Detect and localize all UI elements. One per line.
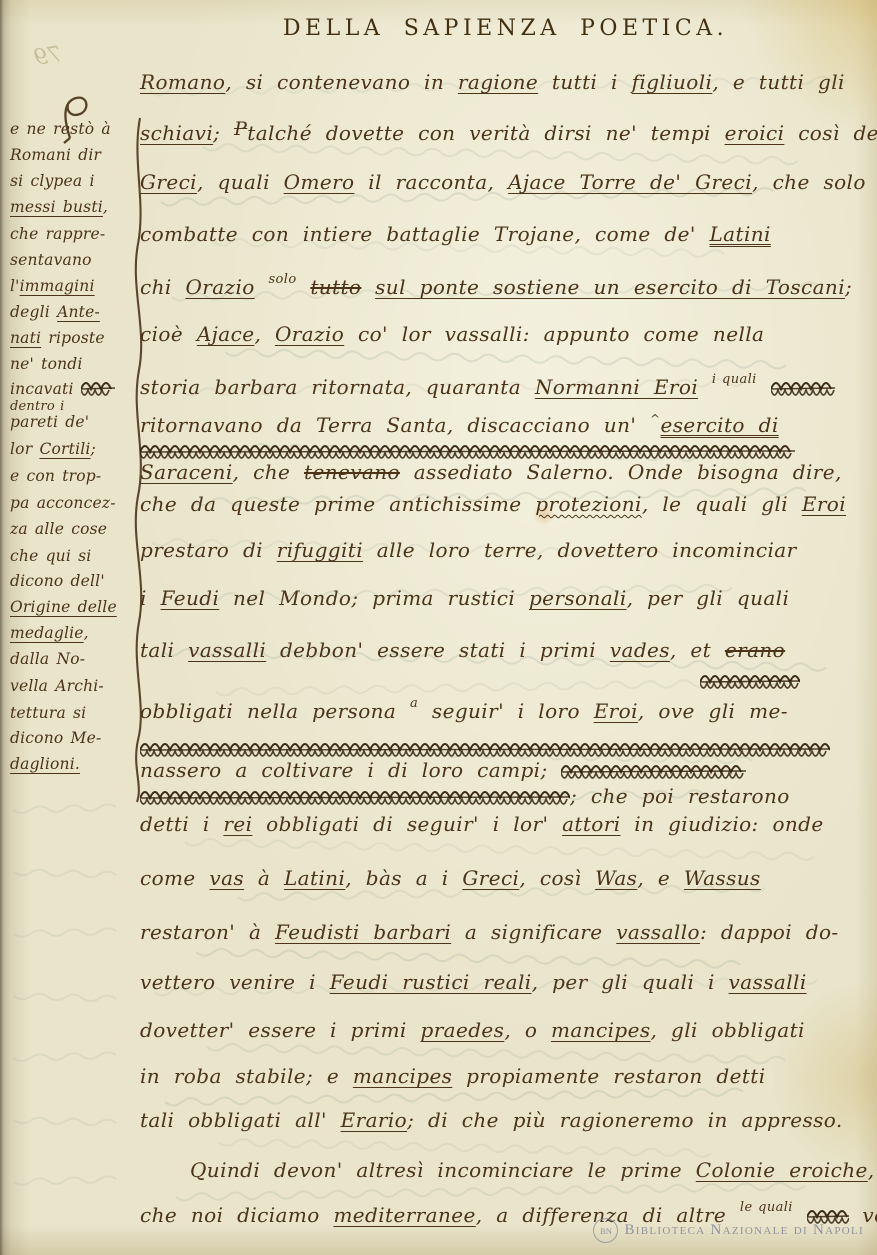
- text-segment: in giudizio: onde: [621, 812, 824, 836]
- text-segment: ; di che più ragioneremo in appresso.: [407, 1108, 843, 1132]
- text-segment: obbligati di seguir' i lor': [252, 812, 562, 836]
- text-segment: debbon' essere stati i primi: [266, 638, 610, 662]
- text-segment: Orazio: [185, 275, 254, 299]
- manuscript-line: tali obbligati all' Erario; di che più r…: [140, 1108, 843, 1132]
- manuscript-line: vettero venire i Feudi rustici reali, pe…: [140, 970, 807, 994]
- text-segment: [297, 275, 311, 299]
- manuscript-line: restaron' à Feudisti barbari a significa…: [140, 920, 839, 944]
- text-segment: così de': [784, 121, 877, 145]
- text-segment: ragione: [458, 70, 538, 94]
- text-segment: Saraceni: [140, 460, 233, 484]
- text-segment: , ove gli me-: [638, 699, 788, 723]
- text-segment: personali: [529, 586, 627, 610]
- text-segment: cioè: [140, 322, 197, 346]
- text-segment: ;: [213, 121, 234, 145]
- text-segment: erano: [725, 638, 785, 662]
- manuscript-line: Saraceni, che tenevano assediato Salerno…: [140, 460, 842, 484]
- text-segment: Feudi: [161, 586, 220, 610]
- text-segment: Greci: [140, 170, 197, 194]
- text-segment: Omero: [284, 170, 355, 194]
- text-segment: obbligati nella persona: [140, 699, 410, 723]
- text-segment: tenevano: [304, 460, 400, 484]
- cancelled-text-scribble: [140, 789, 570, 805]
- text-segment: , per gli quali i: [532, 970, 729, 994]
- text-segment: storia barbara ritornata, quaranta: [140, 375, 535, 399]
- manuscript-line: tali vassalli debbon' essere stati i pri…: [140, 638, 785, 662]
- text-segment: , così: [519, 866, 595, 890]
- manuscript-line: schiavi; Ptalché dovette con verità dirs…: [140, 118, 877, 145]
- text-segment: i quali: [712, 372, 757, 387]
- text-segment: , per gli quali: [627, 586, 790, 610]
- text-segment: Ajace Torre de' Greci: [508, 170, 752, 194]
- manuscript-line: Quindi devon' altresì incominciare le pr…: [190, 1158, 875, 1182]
- manuscript-line: i Feudi nel Mondo; prima rustici persona…: [140, 586, 789, 610]
- text-segment: Normanni Eroi: [535, 375, 698, 399]
- manuscript-line: ; che poi restarono: [140, 784, 790, 808]
- text-segment: vades: [610, 638, 670, 662]
- text-segment: come: [140, 866, 209, 890]
- main-text: Romano, si contenevano in ragione tutti …: [0, 0, 877, 1255]
- text-segment: detti i: [140, 812, 223, 836]
- text-segment: , le quali gli: [642, 492, 802, 516]
- text-segment: le quali: [740, 1200, 793, 1215]
- text-segment: à: [244, 866, 284, 890]
- text-segment: ;: [845, 275, 852, 299]
- text-segment: in roba stabile; e: [140, 1064, 353, 1088]
- manuscript-line: nassero a coltivare i di loro campi;: [140, 758, 746, 782]
- manuscript-line: dovetter' essere i primi praedes, o manc…: [140, 1018, 805, 1042]
- text-segment: , si contenevano in: [225, 70, 458, 94]
- text-segment: , che solo: [752, 170, 866, 194]
- text-segment: , o: [504, 1018, 551, 1042]
- text-segment: vassallo: [616, 920, 700, 944]
- text-segment: vassalli: [188, 638, 266, 662]
- text-segment: seguir' i loro: [418, 699, 594, 723]
- text-segment: a significare: [451, 920, 616, 944]
- text-segment: [757, 375, 771, 399]
- manuscript-line: ritornavano da Terra Santa, discacciano …: [140, 412, 779, 437]
- manuscript-line: [140, 736, 830, 760]
- text-segment: [698, 375, 712, 399]
- library-stamp-label: Biblioteca Nazionale di Napoli: [624, 1222, 864, 1239]
- text-segment: ritornavano da Terra Santa, discacciano …: [140, 413, 650, 437]
- text-segment: Erario: [341, 1108, 407, 1132]
- text-segment: Quindi devon' altresì incominciare le pr…: [190, 1158, 696, 1182]
- text-segment: Romano: [140, 70, 225, 94]
- text-segment: ^: [650, 412, 660, 426]
- cancelled-text-scribble: [700, 673, 800, 689]
- cancelled-text-scribble: [771, 380, 835, 396]
- text-segment: , e tutti gli: [712, 70, 844, 94]
- manuscript-line: storia barbara ritornata, quaranta Norma…: [140, 372, 835, 399]
- text-segment: assediato Salerno. Onde bisogna dire,: [400, 460, 842, 484]
- library-stamp-monogram-icon: BN: [593, 1218, 618, 1243]
- text-segment: [361, 275, 375, 299]
- text-segment: dovetter' essere i primi: [140, 1018, 421, 1042]
- text-segment: schiavi: [140, 121, 213, 145]
- text-segment: che da queste prime antichissime: [140, 492, 535, 516]
- text-segment: Ajace: [197, 322, 255, 346]
- text-segment: nel Mondo; prima rustici: [219, 586, 529, 610]
- text-segment: vettero venire i: [140, 970, 330, 994]
- text-segment: figliuoli: [632, 70, 713, 94]
- library-stamp-monogram: BN: [600, 1226, 612, 1236]
- text-segment: Feudi rustici reali: [330, 970, 532, 994]
- manuscript-line: come vas à Latini, bàs a i Greci, così W…: [140, 866, 761, 890]
- text-segment: rei: [223, 812, 252, 836]
- cancelled-text-scribble: [140, 443, 795, 459]
- manuscript-line: obbligati nella persona a seguir' i loro…: [140, 696, 788, 723]
- manuscript-line: [700, 668, 800, 692]
- text-segment: il racconta,: [354, 170, 508, 194]
- text-segment: i: [140, 586, 161, 610]
- text-segment: , che: [233, 460, 304, 484]
- text-segment: talché dovette con verità dirsi ne' temp…: [247, 121, 724, 145]
- text-segment: mediterranee: [333, 1203, 475, 1227]
- text-segment: , e: [637, 866, 684, 890]
- text-segment: che noi diciamo: [140, 1203, 333, 1227]
- text-segment: restaron' à: [140, 920, 275, 944]
- manuscript-line: cioè Ajace, Orazio co' lor vassalli: app…: [140, 322, 764, 346]
- text-segment: protezioni: [535, 492, 642, 516]
- text-segment: attori: [562, 812, 620, 836]
- text-segment: tutto: [310, 275, 361, 299]
- text-segment: Greci: [462, 866, 519, 890]
- text-segment: [255, 275, 269, 299]
- text-segment: , bàs a i: [345, 866, 462, 890]
- text-segment: vas: [209, 866, 244, 890]
- manuscript-line: [140, 438, 795, 462]
- text-segment: rifuggiti: [277, 538, 363, 562]
- manuscript-line: chi Orazio solo tutto sul ponte sostiene…: [140, 272, 852, 299]
- text-segment: mancipes: [551, 1018, 650, 1042]
- manuscript-line: Greci, quali Omero il racconta, Ajace To…: [140, 170, 866, 194]
- text-segment: combatte con intiere battaglie Trojane, …: [140, 222, 710, 246]
- text-segment: : dappoi do-: [700, 920, 839, 944]
- text-segment: nassero a coltivare i di loro campi;: [140, 758, 561, 782]
- text-segment: P: [234, 118, 247, 140]
- manuscript-page: 79 DELLA SAPIENZA POETICA. e ne restò àR…: [0, 0, 877, 1255]
- text-segment: Latini: [284, 866, 345, 890]
- text-segment: tali obbligati all': [140, 1108, 341, 1132]
- text-segment: solo: [268, 272, 296, 287]
- text-segment: Was: [595, 866, 637, 890]
- text-segment: praedes: [421, 1018, 505, 1042]
- text-segment: Wassus: [684, 866, 761, 890]
- manuscript-line: che da queste prime antichissime protezi…: [140, 492, 846, 516]
- library-stamp: BN Biblioteca Nazionale di Napoli: [593, 1218, 864, 1243]
- manuscript-line: detti i rei obbligati di seguir' i lor' …: [140, 812, 824, 836]
- text-segment: Eroi: [802, 492, 846, 516]
- text-segment: chi: [140, 275, 185, 299]
- text-segment: prestaro di: [140, 538, 277, 562]
- text-segment: ,: [868, 1158, 875, 1182]
- text-segment: a: [410, 696, 418, 711]
- text-segment: Eroi: [594, 699, 638, 723]
- text-segment: tutti i: [538, 70, 631, 94]
- text-segment: , et: [670, 638, 725, 662]
- manuscript-line: prestaro di rifuggiti alle loro terre, d…: [140, 538, 797, 562]
- text-segment: ; che poi restarono: [570, 784, 790, 808]
- text-segment: esercito di: [660, 413, 778, 437]
- text-segment: co' lor vassalli: appunto come nella: [344, 322, 764, 346]
- text-segment: mancipes: [353, 1064, 452, 1088]
- manuscript-line: combatte con intiere battaglie Trojane, …: [140, 222, 771, 246]
- text-segment: alle loro terre, dovettero incominciar: [363, 538, 797, 562]
- cancelled-text-scribble: [140, 741, 830, 757]
- text-segment: sul ponte sostiene un esercito di Toscan…: [375, 275, 845, 299]
- text-segment: eroici: [725, 121, 785, 145]
- text-segment: tali: [140, 638, 188, 662]
- cancelled-text-scribble: [561, 763, 746, 779]
- text-segment: Feudisti barbari: [275, 920, 451, 944]
- text-segment: ,: [254, 322, 275, 346]
- text-segment: Orazio: [275, 322, 344, 346]
- text-segment: Latini: [710, 222, 771, 246]
- text-segment: propiamente restaron detti: [452, 1064, 765, 1088]
- manuscript-line: Romano, si contenevano in ragione tutti …: [140, 70, 845, 94]
- text-segment: Colonie eroiche: [696, 1158, 868, 1182]
- manuscript-line: in roba stabile; e mancipes propiamente …: [140, 1064, 766, 1088]
- text-segment: vassalli: [729, 970, 807, 994]
- text-segment: , gli obbligati: [651, 1018, 805, 1042]
- text-segment: , quali: [197, 170, 284, 194]
